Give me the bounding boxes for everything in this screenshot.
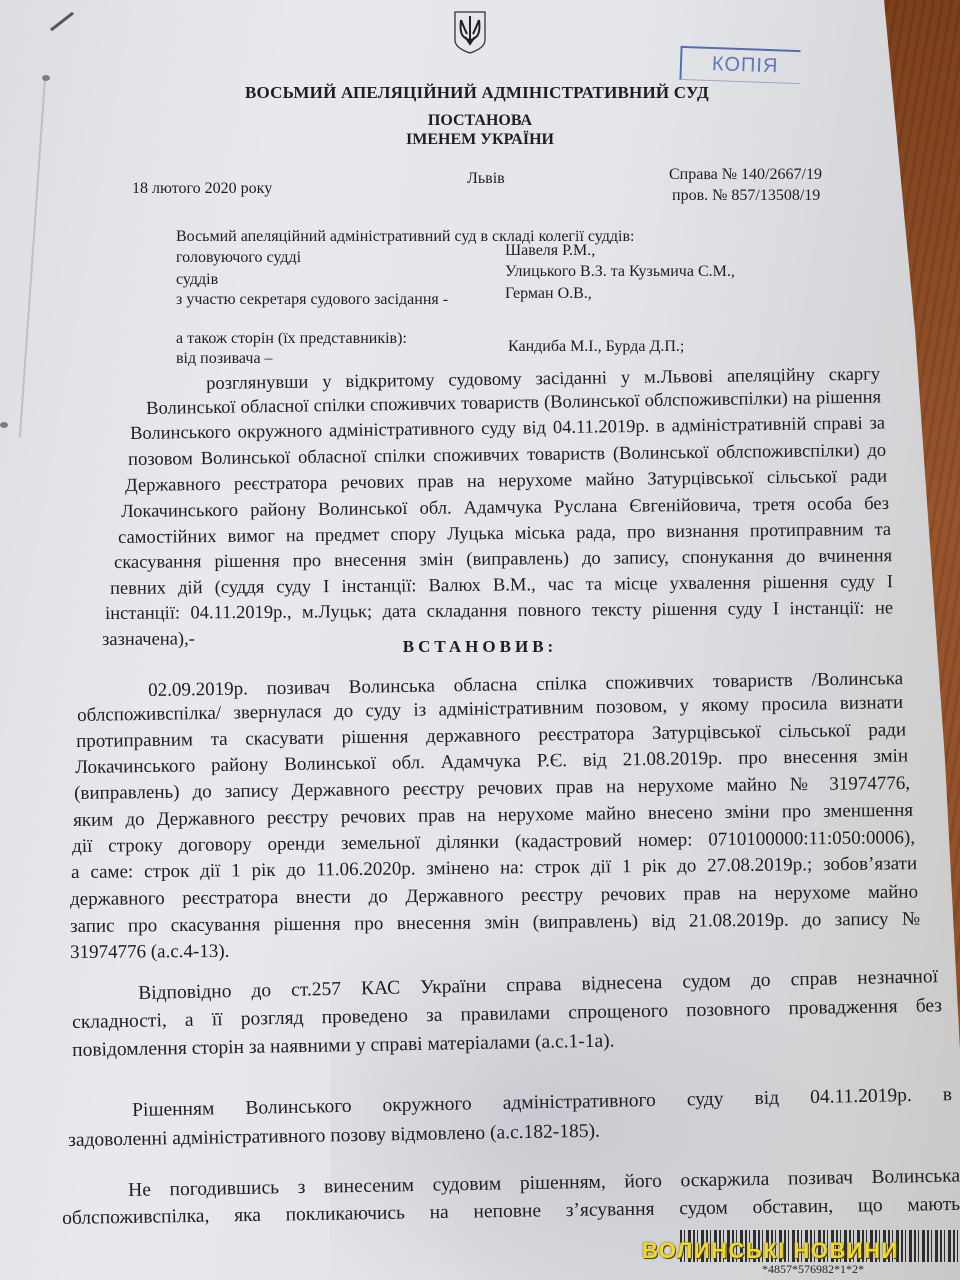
judges-label: суддів [176, 271, 218, 289]
binding-hole-icon [42, 75, 50, 81]
news-watermark: ВОЛИНСЬКІ НОВИНИ [642, 1238, 899, 1264]
plaintiff-representatives: Кандиба М.І., Бурда Д.П.; [508, 338, 684, 356]
barcode-number: *4857*576982*1*2* [762, 1262, 864, 1277]
presiding-judge-value: Шавеля Р.М., [505, 242, 595, 260]
court-name: ВОСЬМИЙ АПЕЛЯЦІЙНИЙ АДМІНІСТРАТИВНИЙ СУД [245, 83, 709, 103]
ukraine-coat-of-arms-icon [453, 10, 487, 54]
plaintiff-label: від позивача – [176, 350, 273, 368]
document-subtitle: ІМЕНЕМ УКРАЇНИ [0, 131, 960, 149]
judges-value: Улицького В.З. та Кузьмича С.М., [505, 263, 735, 281]
established-heading: ВСТАНОВИВ: [0, 637, 960, 657]
secretary-label: з участю секретаря судового засідання - [176, 291, 448, 309]
binding-hole-icon [0, 422, 8, 428]
document-city: Львів [467, 170, 505, 188]
proceeding-number: пров. № 857/13508/19 [672, 187, 820, 205]
document-type: ПОСТАНОВА [0, 112, 960, 130]
secretary-value: Герман О.В., [505, 285, 592, 303]
case-number: Справа № 140/2667/19 [669, 166, 822, 184]
presiding-judge-label: головуючого судді [176, 249, 301, 267]
copy-stamp: КОПІЯ [679, 46, 800, 84]
document-date: 18 лютого 2020 року [132, 180, 272, 198]
parties-intro: а також сторін (їх представників): [176, 330, 407, 348]
text-line: 31974776 (а.с.4-13). [70, 941, 230, 964]
